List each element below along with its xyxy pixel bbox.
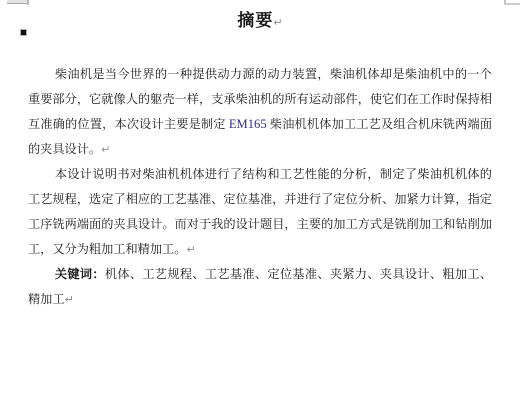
paragraph-design-description[interactable]: 本设计说明书对柴油机机体进行了结构和工艺性能的分析，制定了柴油机机体的工艺规程，… [28, 162, 492, 262]
word-document-page: 摘要↵ 柴油机是当今世界的一种提供动力源的动力装置，柴油机体却是柴油机中的一个重… [0, 0, 520, 413]
engine-model-code: EM165 [229, 117, 267, 131]
window-edge-fragment-top-left-corner [27, 0, 29, 5]
paragraph-intro[interactable]: 柴油机是当今世界的一种提供动力源的动力装置，柴油机体却是柴油机中的一个重要部分，… [28, 62, 492, 162]
paragraph-mark-icon: ↵ [273, 16, 282, 29]
paragraph-properties-marker-icon [20, 29, 27, 36]
paragraph-mark-icon: ↵ [186, 243, 195, 256]
document-body[interactable]: 柴油机是当今世界的一种提供动力源的动力装置，柴油机体却是柴油机中的一个重要部分，… [28, 62, 492, 312]
paragraph-mark-icon: ↵ [101, 143, 110, 156]
paragraph-design-description-text: 本设计说明书对柴油机机体进行了结构和工艺性能的分析，制定了柴油机机体的工艺规程，… [28, 167, 492, 256]
document-title: 摘要↵ [0, 0, 520, 32]
paragraph-mark-icon: ↵ [65, 293, 74, 306]
document-title-text: 摘要 [237, 11, 273, 30]
scrollbar-corner-fragment-horizontal [504, 3, 520, 5]
keywords-label: 关键词： [55, 267, 105, 281]
window-edge-fragment-top-left [7, 0, 28, 4]
paragraph-keywords[interactable]: 关键词：机体、工艺规程、工艺基准、定位基准、夹紧力、夹具设计、粗加工、精加工↵ [28, 262, 492, 312]
